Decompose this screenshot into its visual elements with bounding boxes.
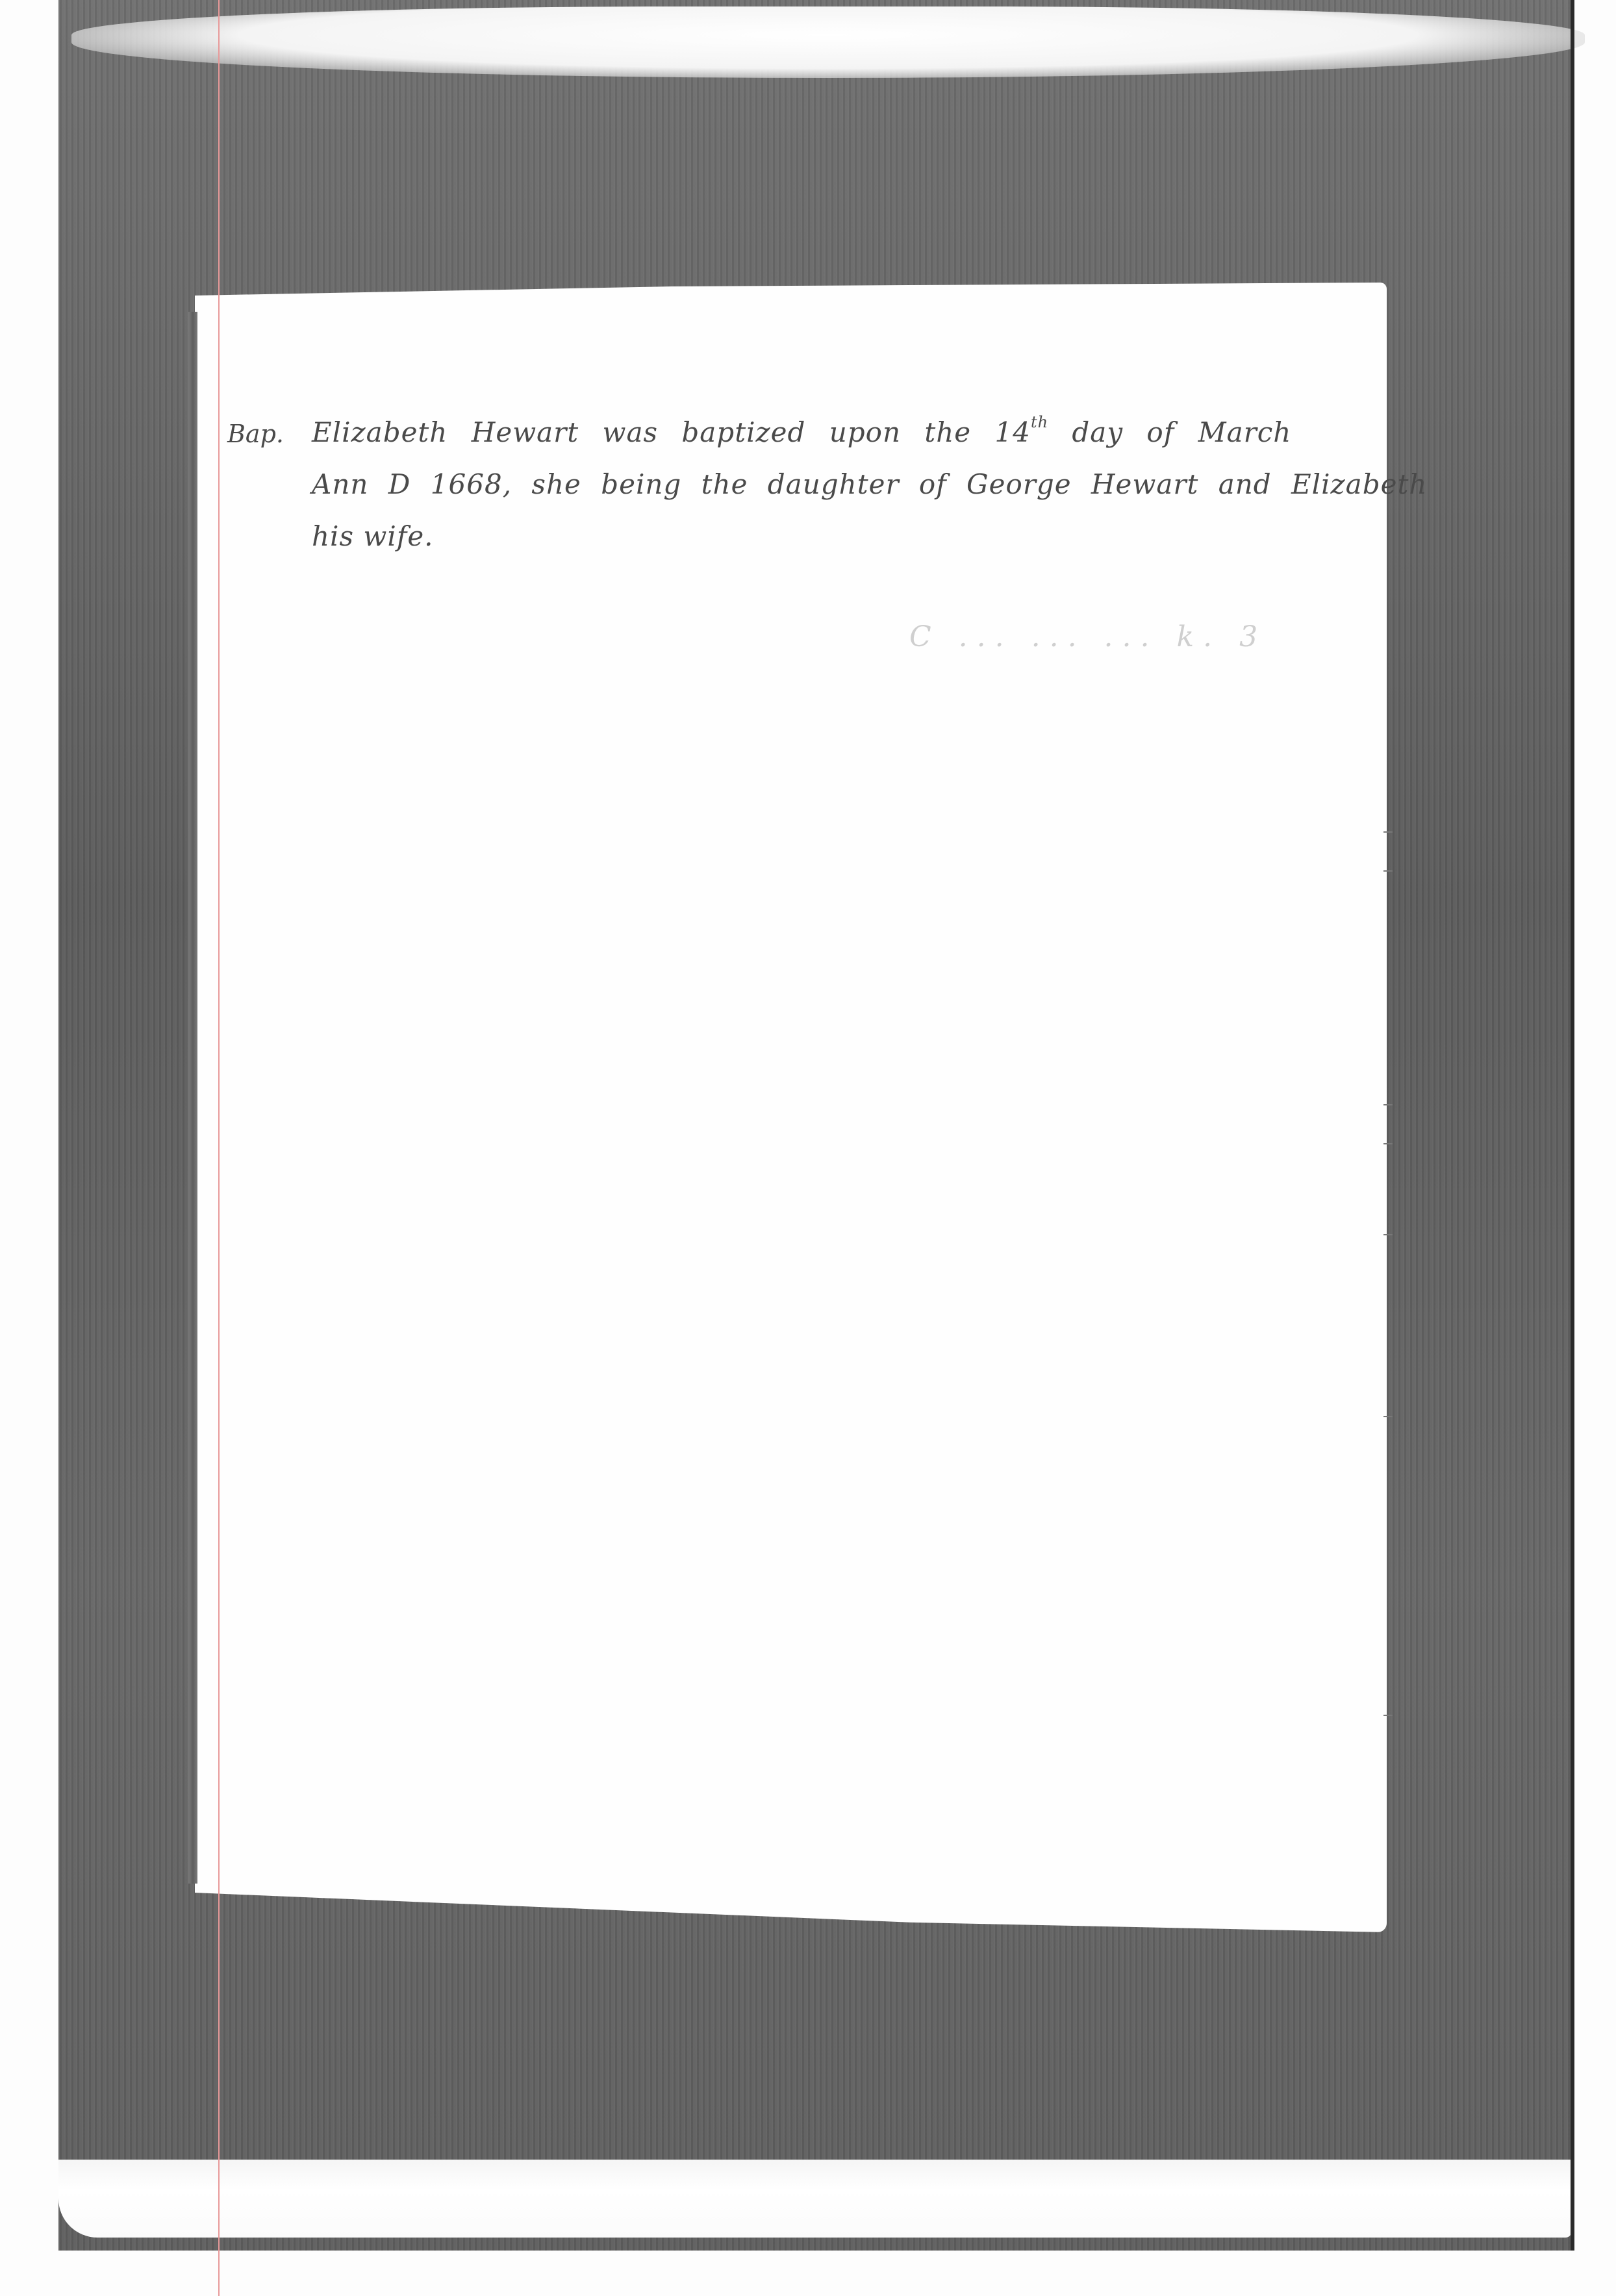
edge-tick-mark	[1383, 1715, 1393, 1716]
entry-line-1-end: day of March	[1072, 416, 1291, 448]
entry-line-1-text: Elizabeth Hewart was baptized upon the 1…	[312, 416, 1031, 448]
entry-line-2: Ann D 1668, she being the daughter of Ge…	[312, 459, 1383, 511]
edge-tick-mark	[1383, 831, 1393, 833]
right-edge-line	[1571, 0, 1574, 2251]
edge-tick-mark	[1383, 1416, 1393, 1417]
top-glare-band	[71, 6, 1585, 78]
edge-tick-mark	[1383, 1143, 1393, 1144]
bottom-glare-band	[58, 2160, 1572, 2238]
entry-line-1: Elizabeth Hewart was baptized upon the 1…	[312, 396, 1383, 459]
binding-spine-line	[188, 312, 197, 1884]
edge-tick-mark	[1383, 1234, 1393, 1235]
ordinal-superscript: th	[1031, 413, 1048, 431]
edge-tick-mark	[1383, 1104, 1393, 1105]
red-margin-line	[218, 0, 220, 2296]
margin-note-bap: Bap.	[227, 408, 284, 460]
faint-reference-note: C ... ... ... k. 3	[909, 620, 1267, 653]
edge-tick-mark	[1383, 870, 1393, 872]
entry-line-3: his wife.	[312, 511, 1383, 562]
entry-text: Elizabeth Hewart was baptized upon the 1…	[312, 396, 1383, 562]
